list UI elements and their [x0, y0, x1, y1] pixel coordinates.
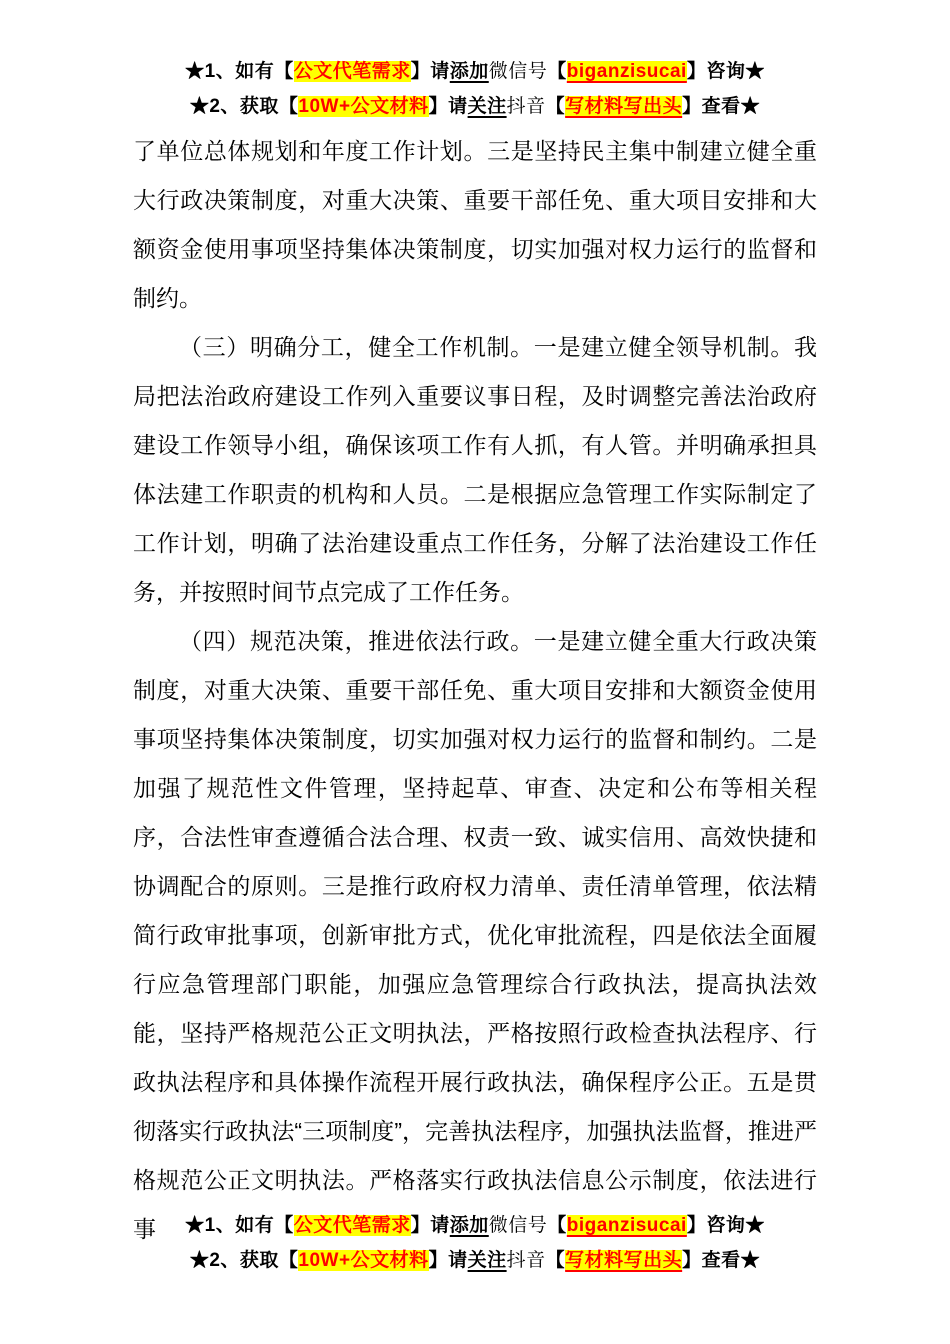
document-page: { "page": { "background": "#ffffff", "te…	[0, 0, 950, 1344]
ad-segment: ★2、获取【	[190, 1250, 299, 1271]
header-ad-line-1: ★1、如有【公文代笔需求】请添加微信号【biganzisucai】咨询★	[0, 54, 950, 89]
ad-segment: 】请	[429, 96, 468, 117]
ad-segment: 】请	[429, 1250, 468, 1271]
ad-segment: 抖音	[507, 1250, 546, 1271]
ad-segment: 【	[546, 96, 566, 117]
ad-segment: ★1、如有【	[185, 61, 294, 82]
ad-segment: 公文代笔需求	[294, 1215, 411, 1236]
ad-segment: 】咨询★	[687, 1215, 765, 1236]
ad-segment: biganzisucai	[567, 61, 687, 82]
paragraph-continuation: 了单位总体规划和年度工作计划。三是坚持民主集中制建立健全重大行政决策制度，对重大…	[133, 127, 817, 323]
footer-ad-line-2: ★2、获取【10W+公文材料】请关注抖音【写材料写出头】查看★	[0, 1243, 950, 1278]
ad-segment: 】查看★	[682, 96, 760, 117]
ad-segment: 【	[546, 1250, 566, 1271]
document-body: 了单位总体规划和年度工作计划。三是坚持民主集中制建立健全重大行政决策制度，对重大…	[133, 127, 817, 1254]
ad-segment: 】请	[411, 1215, 450, 1236]
paragraph-section-3: （三）明确分工，健全工作机制。一是建立健全领导机制。我局把法治政府建设工作列入重…	[133, 323, 817, 617]
ad-segment: 关注	[468, 1250, 507, 1271]
ad-segment: 公文代笔需求	[294, 61, 411, 82]
footer-ads: ★1、如有【公文代笔需求】请添加微信号【biganzisucai】咨询★ ★2、…	[0, 1208, 950, 1278]
ad-segment: 10W+公文材料	[298, 96, 428, 117]
ad-segment: 【	[547, 1215, 567, 1236]
footer-ad-line-1: ★1、如有【公文代笔需求】请添加微信号【biganzisucai】咨询★	[0, 1208, 950, 1243]
ad-segment: 【	[547, 61, 567, 82]
ad-segment: 关注	[468, 96, 507, 117]
ad-segment: 】请	[411, 61, 450, 82]
header-ad-line-2: ★2、获取【10W+公文材料】请关注抖音【写材料写出头】查看★	[0, 89, 950, 124]
ad-segment: ★1、如有【	[185, 1215, 294, 1236]
ad-segment: 添加	[450, 1215, 489, 1236]
ad-segment: 10W+公文材料	[298, 1250, 428, 1271]
ad-segment: 抖音	[507, 96, 546, 117]
ad-segment: 添加	[450, 61, 489, 82]
ad-segment: 】查看★	[682, 1250, 760, 1271]
ad-segment: ★2、获取【	[190, 96, 299, 117]
ad-segment: biganzisucai	[567, 1215, 687, 1236]
ad-segment: 写材料写出头	[565, 1250, 682, 1271]
header-ads: ★1、如有【公文代笔需求】请添加微信号【biganzisucai】咨询★ ★2、…	[0, 54, 950, 124]
ad-segment: 】咨询★	[687, 61, 765, 82]
paragraph-section-4: （四）规范决策，推进依法行政。一是建立健全重大行政决策制度，对重大决策、重要干部…	[133, 617, 817, 1254]
ad-segment: 写材料写出头	[565, 96, 682, 117]
ad-segment: 微信号	[489, 61, 548, 82]
ad-segment: 微信号	[489, 1215, 548, 1236]
